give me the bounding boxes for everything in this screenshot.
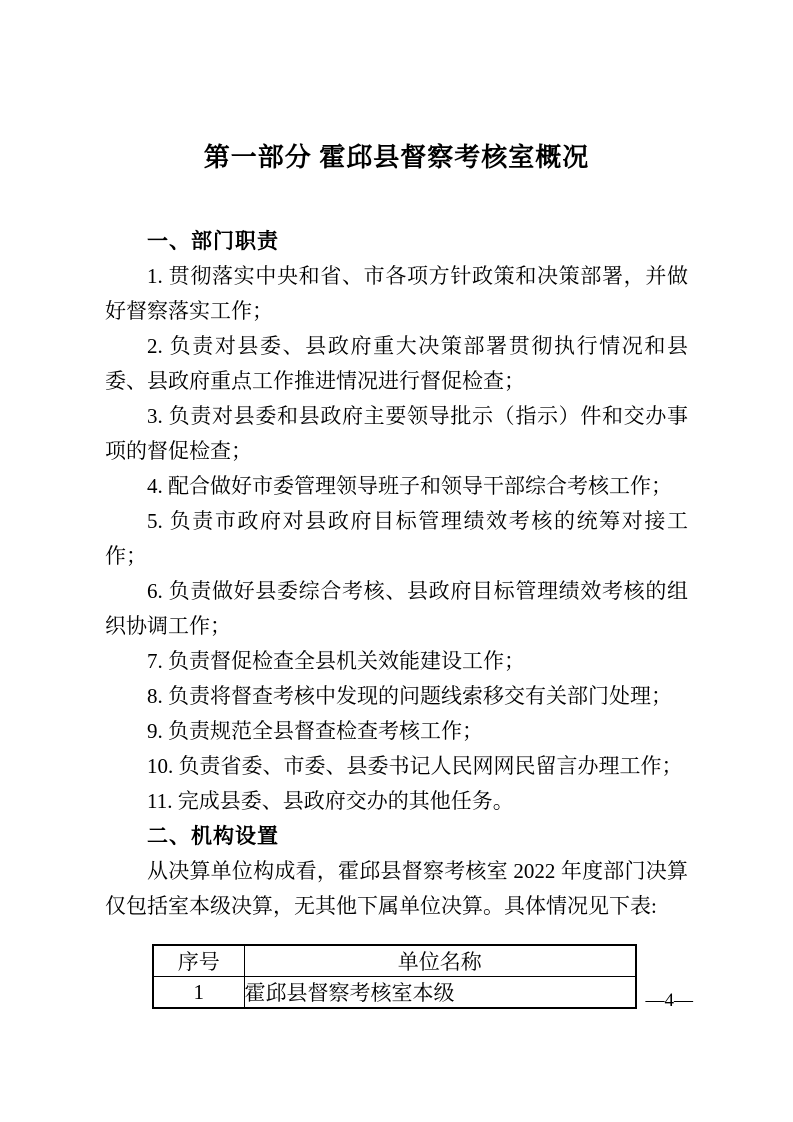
duty-item-8: 8. 负责将督查考核中发现的问题线索移交有关部门处理；	[105, 679, 688, 714]
page-title: 第一部分 霍邱县督察考核室概况	[105, 140, 688, 175]
table-header-unit-name: 单位名称	[244, 945, 636, 977]
organization-intro-paragraph: 从决算单位构成看，霍邱县督察考核室 2022 年度部门决算仅包括室本级决算，无其…	[105, 854, 688, 924]
section-heading-organization-setup: 二、机构设置	[105, 819, 688, 854]
section-heading-department-duties: 一、部门职责	[105, 224, 688, 259]
duty-item-10: 10. 负责省委、市委、县委书记人民网网民留言办理工作；	[105, 749, 688, 784]
table-header-row: 序号 单位名称	[153, 945, 636, 977]
table-cell-unit-name: 霍邱县督察考核室本级	[244, 977, 636, 1009]
page-number: —4—	[646, 990, 694, 1012]
duty-item-2: 2. 负责对县委、县政府重大决策部署贯彻执行情况和县委、县政府重点工作推进情况进…	[105, 329, 688, 399]
duty-item-5: 5. 负责市政府对县政府目标管理绩效考核的统筹对接工作；	[105, 504, 688, 574]
duty-item-6: 6. 负责做好县委综合考核、县政府目标管理绩效考核的组织协调工作；	[105, 574, 688, 644]
table-row: 1 霍邱县督察考核室本级	[153, 977, 636, 1009]
unit-list-table: 序号 单位名称 1 霍邱县督察考核室本级	[152, 944, 637, 1009]
duty-item-1: 1. 贯彻落实中央和省、市各项方针政策和决策部署，并做好督察落实工作；	[105, 259, 688, 329]
table-cell-index: 1	[153, 977, 244, 1009]
duty-item-3: 3. 负责对县委和县政府主要领导批示（指示）件和交办事项的督促检查；	[105, 399, 688, 469]
document-page: 第一部分 霍邱县督察考核室概况 一、部门职责 1. 贯彻落实中央和省、市各项方针…	[0, 0, 793, 1122]
duty-item-7: 7. 负责督促检查全县机关效能建设工作；	[105, 644, 688, 679]
document-content: 第一部分 霍邱县督察考核室概况 一、部门职责 1. 贯彻落实中央和省、市各项方针…	[105, 0, 688, 1009]
duty-item-9: 9. 负责规范全县督查检查考核工作；	[105, 714, 688, 749]
table-header-index: 序号	[153, 945, 244, 977]
duty-item-11: 11. 完成县委、县政府交办的其他任务。	[105, 784, 688, 819]
duty-item-4: 4. 配合做好市委管理领导班子和领导干部综合考核工作；	[105, 469, 688, 504]
